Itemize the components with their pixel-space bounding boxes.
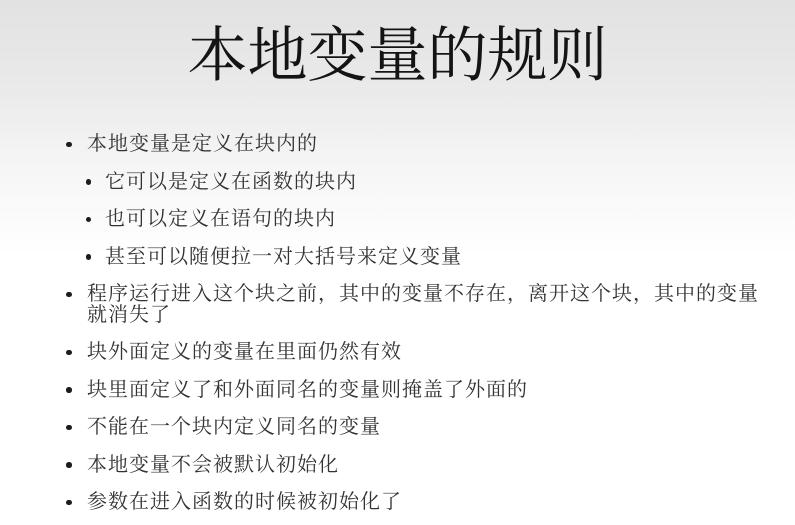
bullet-item: 本地变量是定义在块内的: [0, 134, 795, 155]
bullet-item: 它可以是定义在函数的块内: [0, 172, 795, 193]
bullet-text: 它可以是定义在函数的块内: [105, 171, 357, 193]
bullet-dot-icon: [66, 425, 72, 431]
bullet-text: 块外面定义的变量在里面仍然有效: [87, 341, 402, 363]
slide: 本地变量的规则 本地变量是定义在块内的它可以是定义在函数的块内也可以定义在语句的…: [0, 0, 795, 525]
bullet-text: 甚至可以随便拉一对大括号来定义变量: [105, 246, 462, 268]
bullet-dot-icon: [86, 254, 92, 260]
bullet-item: 甚至可以随便拉一对大括号来定义变量: [0, 247, 795, 268]
bullet-item: 块外面定义的变量在里面仍然有效: [0, 342, 795, 363]
bullet-dot-icon: [66, 292, 72, 298]
bullet-text: 也可以定义在语句的块内: [105, 208, 336, 230]
bullet-dot-icon: [86, 179, 92, 185]
bullet-text: 本地变量不会被默认初始化: [87, 454, 339, 476]
bullet-dot-icon: [66, 350, 72, 356]
bullet-text: 本地变量是定义在块内的: [87, 133, 318, 155]
bullet-dot-icon: [86, 217, 92, 223]
slide-title: 本地变量的规则: [0, 20, 795, 92]
bullet-text: 不能在一个块内定义同名的变量: [87, 416, 381, 438]
bullet-item: 也可以定义在语句的块内: [0, 209, 795, 230]
bullet-text: 参数在进入函数的时候被初始化了: [87, 491, 402, 513]
bullet-item: 块里面定义了和外面同名的变量则掩盖了外面的: [0, 380, 795, 401]
bullet-item: 程序运行进入这个块之前，其中的变量不存在，离开这个块，其中的变量就消失了: [0, 284, 795, 325]
bullet-item: 参数在进入函数的时候被初始化了: [0, 492, 795, 513]
bullet-dot-icon: [66, 500, 72, 506]
bullet-dot-icon: [66, 142, 72, 148]
bullet-item: 本地变量不会被默认初始化: [0, 455, 795, 476]
bullet-dot-icon: [66, 387, 72, 393]
bullet-item: 不能在一个块内定义同名的变量: [0, 417, 795, 438]
bullet-list: 本地变量是定义在块内的它可以是定义在函数的块内也可以定义在语句的块内甚至可以随便…: [0, 134, 795, 525]
bullet-dot-icon: [66, 462, 72, 468]
bullet-text: 块里面定义了和外面同名的变量则掩盖了外面的: [87, 379, 528, 401]
bullet-text: 程序运行进入这个块之前，其中的变量不存在，离开这个块，其中的变量就消失了: [87, 283, 759, 326]
